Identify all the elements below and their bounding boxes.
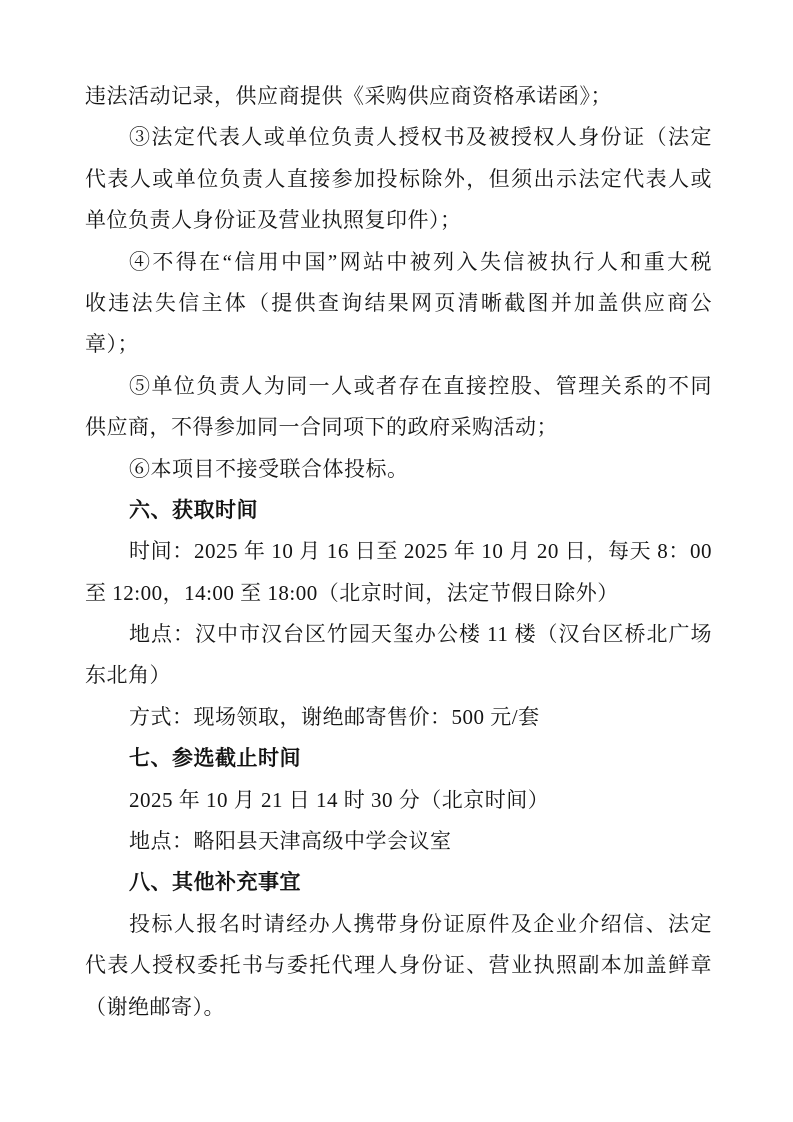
section-6-heading: 六、获取时间 bbox=[85, 490, 712, 531]
deadline-location-line: 地点：略阳县天津高级中学会议室 bbox=[85, 821, 712, 862]
deadline-time-line: 2025 年 10 月 21 日 14 时 30 分（北京时间） bbox=[85, 780, 712, 821]
document-body: 违法活动记录，供应商提供《采购供应商资格承诺函》； ③法定代表人或单位负责人授权… bbox=[85, 76, 712, 1028]
item-5-line-2: 供应商，不得参加同一合同项下的政府采购活动； bbox=[85, 407, 712, 448]
supplement-line-2: 代表人授权委托书与委托代理人身份证、营业执照副本加盖鲜章 bbox=[85, 945, 712, 986]
item-3-line-3: 单位负责人身份证及营业执照复印件）； bbox=[85, 200, 712, 241]
supplement-line-3: （谢绝邮寄）。 bbox=[85, 987, 712, 1028]
obtain-time-line-1: 时间：2025 年 10 月 16 日至 2025 年 10 月 20 日，每天… bbox=[85, 531, 712, 572]
obtain-location-line-2: 东北角） bbox=[85, 655, 712, 696]
obtain-time-line-2: 至 12:00，14:00 至 18:00（北京时间，法定节假日除外） bbox=[85, 573, 712, 614]
item-5-line-1: ⑤单位负责人为同一人或者存在直接控股、管理关系的不同 bbox=[85, 366, 712, 407]
item-4-line-1: ④不得在“信用中国”网站中被列入失信被执行人和重大税 bbox=[85, 242, 712, 283]
item-4-line-2: 收违法失信主体（提供查询结果网页清晰截图并加盖供应商公 bbox=[85, 283, 712, 324]
supplement-line-1: 投标人报名时请经办人携带身份证原件及企业介绍信、法定 bbox=[85, 904, 712, 945]
document-page: 违法活动记录，供应商提供《采购供应商资格承诺函》； ③法定代表人或单位负责人授权… bbox=[0, 0, 793, 1122]
obtain-method-line: 方式：现场领取，谢绝邮寄售价：500 元/套 bbox=[85, 697, 712, 738]
item-4-line-3: 章）； bbox=[85, 324, 712, 365]
section-8-heading: 八、其他补充事宜 bbox=[85, 862, 712, 903]
paragraph-tail-line: 违法活动记录，供应商提供《采购供应商资格承诺函》； bbox=[85, 76, 712, 117]
item-3-line-2: 代表人或单位负责人直接参加投标除外，但须出示法定代表人或 bbox=[85, 159, 712, 200]
item-3-line-1: ③法定代表人或单位负责人授权书及被授权人身份证（法定 bbox=[85, 117, 712, 158]
obtain-location-line-1: 地点：汉中市汉台区竹园天玺办公楼 11 楼（汉台区桥北广场 bbox=[85, 614, 712, 655]
section-7-heading: 七、参选截止时间 bbox=[85, 738, 712, 779]
item-6-line: ⑥本项目不接受联合体投标。 bbox=[85, 449, 712, 490]
